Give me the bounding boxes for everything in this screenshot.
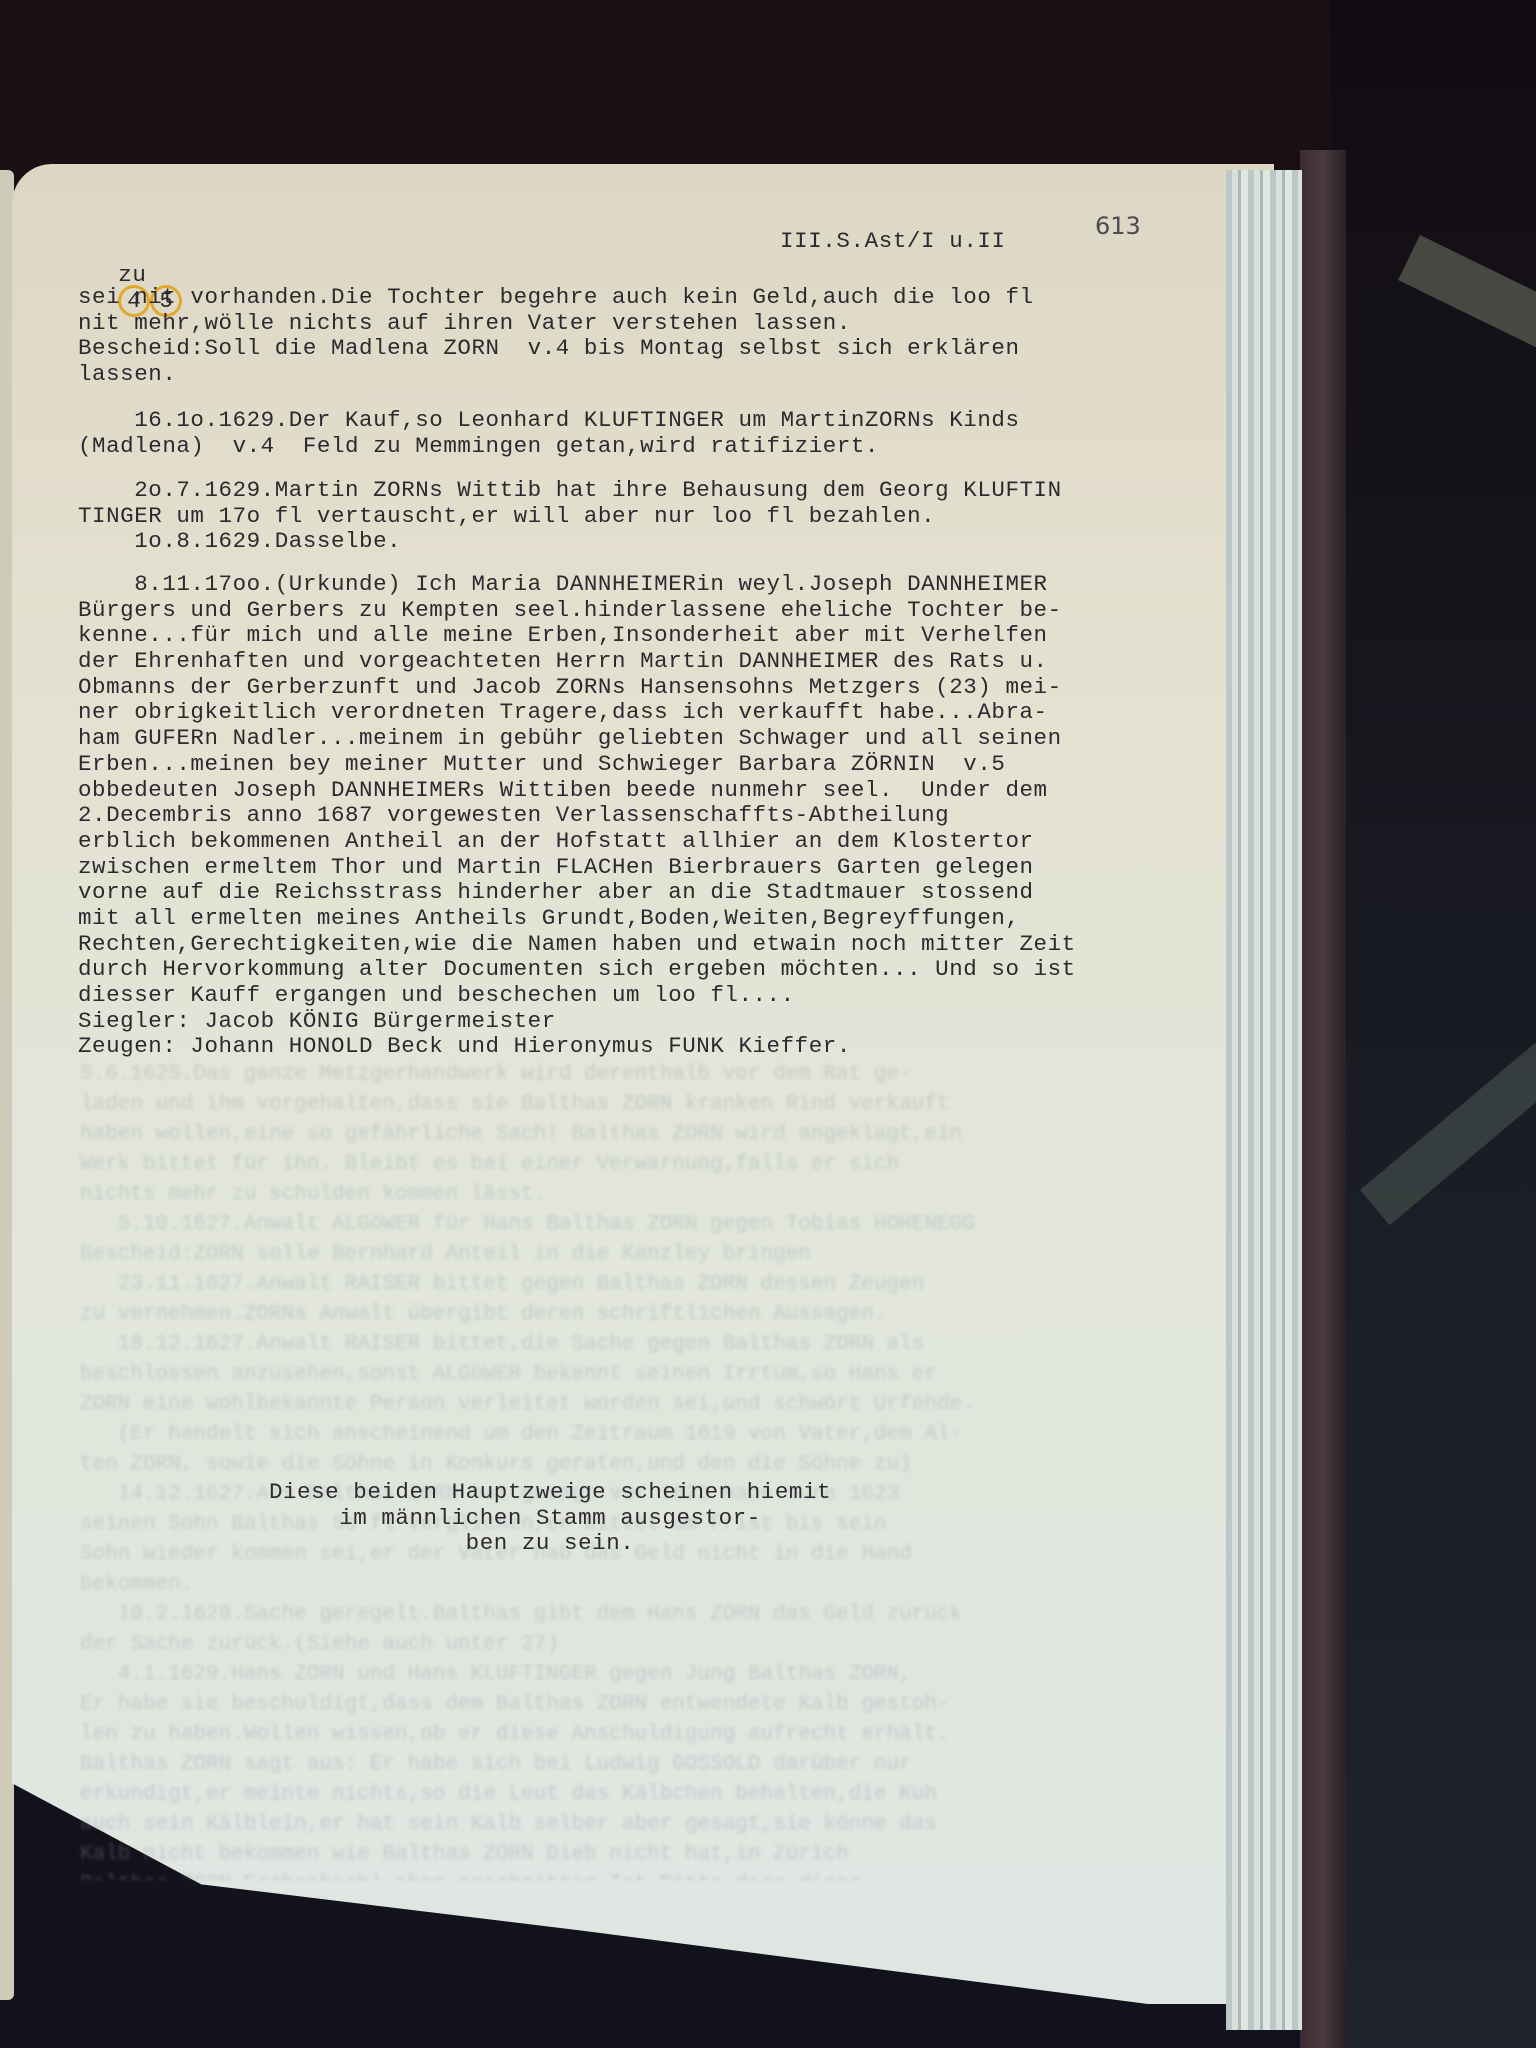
text-line: 2o.7.1629.Martin ZORNs Wittib hat ihre B… (78, 478, 1228, 504)
text-line: lassen. (78, 362, 1228, 388)
text-line: im männlichen Stamm ausgestor- (220, 1506, 880, 1532)
text-line: Erben...meinen bey meiner Mutter und Sch… (78, 752, 1228, 778)
bleed-line: 18.12.1627.Anwalt RAISER bittet,die Sach… (80, 1330, 1180, 1360)
text-line: sei nit vorhanden.Die Tochter begehre au… (78, 285, 1228, 311)
text-line: Rechten,Gerechtigkeiten,wie die Namen ha… (78, 932, 1228, 958)
text-line: nit mehr,wölle nichts auf ihren Vater ve… (78, 311, 1228, 337)
closing-note: Diese beiden Hauptzweige scheinen hiemit… (220, 1480, 880, 1557)
text-line: (Madlena) v.4 Feld zu Memmingen getan,wi… (78, 434, 1228, 460)
header-section: III.S.Ast/I u.II (780, 228, 1006, 254)
text-line: kenne...für mich und alle meine Erben,In… (78, 623, 1228, 649)
bleed-line: bekommen. (80, 1570, 1180, 1600)
bleed-line: beschlossen anzusehen,sonst ALGöWER beke… (80, 1360, 1180, 1390)
text-line: Diese beiden Hauptzweige scheinen hiemit (220, 1480, 880, 1506)
bleed-line: haben wollen,eine so gefährliche Sach! B… (80, 1120, 1180, 1150)
text-line: obbedeuten Joseph DANNHEIMERs Wittiben b… (78, 778, 1228, 804)
text-line: erblich bekommenen Antheil an der Hofsta… (78, 829, 1228, 855)
text-line: ham GUFERn Nadler...meinem in gebühr gel… (78, 726, 1228, 752)
text-line: der Ehrenhaften und vorgeachteten Herrn … (78, 649, 1228, 675)
text-line: mit all ermelten meines Antheils Grundt,… (78, 906, 1228, 932)
bleed-through-text: 5.6.1625.Das ganze Metzgerhandwerk wird … (80, 1060, 1180, 1880)
page-number: 613 (1095, 212, 1141, 240)
text-line: Obmanns der Gerberzunft und Jacob ZORNs … (78, 675, 1228, 701)
opening-paragraph: sei nit vorhanden.Die Tochter begehre au… (78, 285, 1228, 388)
bleed-line: nichts mehr zu schulden kommen lässt. (80, 1180, 1180, 1210)
bleed-line: laden und ihm vorgehalten,dass sie Balth… (80, 1090, 1180, 1120)
text-line: ner obrigkeitlich verordneten Tragere,da… (78, 700, 1228, 726)
bleed-line: der Sache zurück.(Siehe auch unter 27) (80, 1630, 1180, 1660)
bleed-line: Er habe sie beschuldigt,dass dem Balthas… (80, 1690, 1180, 1720)
bleed-line: 5.6.1625.Das ganze Metzgerhandwerk wird … (80, 1060, 1180, 1090)
bleed-line: len zu haben.Wollen wissen,ob er diese A… (80, 1720, 1180, 1750)
bleed-line: Balthas ZORN Eschenbach) eben geschnitte… (80, 1870, 1180, 1880)
text-line: 1o.8.1629.Dasselbe. (78, 529, 1228, 555)
entry-1700-deed: 8.11.17oo.(Urkunde) Ich Maria DANNHEIMER… (78, 572, 1228, 1060)
bleed-line: ten ZORN, sowie die Söhne in Konkurs ger… (80, 1450, 1180, 1480)
left-page-edge (0, 170, 14, 2000)
text-line: ben zu sein. (220, 1531, 880, 1557)
bleed-line: erkundigt,er meinte nichts,so die Leut d… (80, 1780, 1180, 1810)
bleed-line: ZORN eine wohlbekannte Person verleitet … (80, 1390, 1180, 1420)
entry-1629-october: 16.1o.1629.Der Kauf,so Leonhard KLUFTING… (78, 408, 1228, 459)
text-line: 8.11.17oo.(Urkunde) Ich Maria DANNHEIMER… (78, 572, 1228, 598)
bleed-line: Balthas ZORN sagt aus: Er habe sich bei … (80, 1750, 1180, 1780)
text-line: Bescheid:Soll die Madlena ZORN v.4 bis M… (78, 336, 1228, 362)
text-line: Zeugen: Johann HONOLD Beck und Hieronymu… (78, 1034, 1228, 1060)
text-line: zwischen ermeltem Thor und Martin FLACHe… (78, 855, 1228, 881)
text-line: vorne auf die Reichsstrass hinderher abe… (78, 880, 1228, 906)
text-line: diesser Kauff ergangen und beschechen um… (78, 983, 1228, 1009)
bleed-line: (Er handelt sich anscheinend um den Zeit… (80, 1420, 1180, 1450)
text-line: 16.1o.1629.Der Kauf,so Leonhard KLUFTING… (78, 408, 1228, 434)
bleed-line: Werk bittet für ihn. Bleibt es bei einer… (80, 1150, 1180, 1180)
bleed-line: 23.11.1627.Anwalt RAISER bittet gegen Ba… (80, 1270, 1180, 1300)
bleed-line: Kalb nicht bekommen wie Balthas ZORN Die… (80, 1840, 1180, 1870)
entry-1629-july: 2o.7.1629.Martin ZORNs Wittib hat ihre B… (78, 478, 1228, 555)
bleed-line: zu vernehmen.ZORNs Anwalt übergibt deren… (80, 1300, 1180, 1330)
text-line: Bürgers und Gerbers zu Kempten seel.hind… (78, 598, 1228, 624)
bleed-line: auch sein Kälblein,er hat sein Kalb selb… (80, 1810, 1180, 1840)
book-cover-edge (1300, 150, 1346, 2048)
text-line: 2.Decembris anno 1687 vorgewesten Verlas… (78, 803, 1228, 829)
text-line: Siegler: Jacob KÖNIG Bürgermeister (78, 1009, 1228, 1035)
bleed-line: 5.10.1627.Anwalt ALGöWER für Hans Baltha… (80, 1210, 1180, 1240)
bleed-line: 10.2.1628.Sache geregelt.Balthas gibt de… (80, 1600, 1180, 1630)
text-line: TINGER um 17o fl vertauscht,er will aber… (78, 504, 1228, 530)
page-stack-edges (1226, 170, 1302, 2030)
bleed-line: 4.1.1629.Hans ZORN und Hans KLUFTINGER g… (80, 1660, 1180, 1690)
text-line: durch Hervorkommung alter Documenten sic… (78, 957, 1228, 983)
bleed-line: Bescheid:ZORN solle Bernhard Anteil in d… (80, 1240, 1180, 1270)
